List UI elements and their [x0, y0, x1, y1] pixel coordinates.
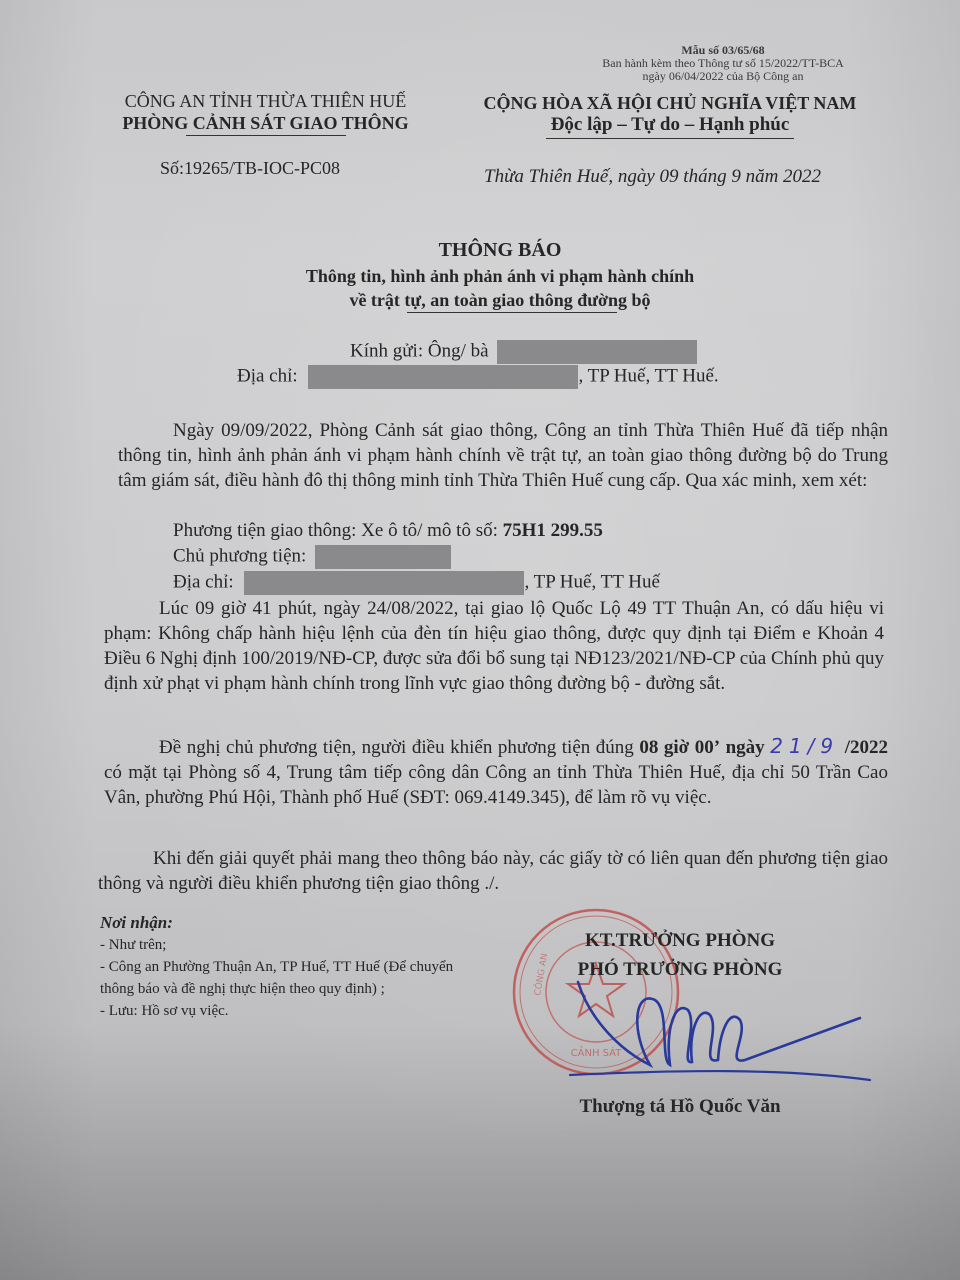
vehicle-label: Phương tiện giao thông: Xe ô tô/ mô tô s… [173, 520, 498, 541]
title-underline [407, 312, 617, 313]
recipient-greeting: Kính gửi: Ông/ bà [350, 340, 697, 364]
recipients-heading: Nơi nhận: [100, 912, 470, 934]
signature-icon [560, 970, 880, 1090]
request-rest: có mặt tại Phòng số 4, Trung tâm tiếp cô… [104, 762, 888, 808]
owner-address-suffix: , TP Huế, TT Huế [524, 571, 659, 592]
form-reference: Mẫu số 03/65/68 Ban hành kèm theo Thông … [548, 44, 898, 83]
agency-header: CÔNG AN TỈNH THỪA THIÊN HUẾ PHÒNG CẢNH S… [98, 90, 433, 136]
handwritten-date: 21/9 [770, 734, 839, 758]
owner-label: Chủ phương tiện: [173, 545, 306, 566]
signer-name: Thượng tá Hồ Quốc Văn [510, 1096, 850, 1118]
document-title: THÔNG BÁO Thông tin, hình ảnh phản ánh v… [200, 236, 800, 313]
owner-address-line: Địa chỉ: , TP Huế, TT Huế [173, 571, 660, 595]
form-issued-date: ngày 06/04/2022 của Bộ Công an [548, 70, 898, 83]
signature-title-line1: KT.TRƯỞNG PHÒNG [530, 926, 830, 955]
parent-agency: CÔNG AN TỈNH THỪA THIÊN HUẾ [98, 90, 433, 112]
redacted-owner-name [315, 545, 451, 569]
document-number: Số:19265/TB-IOC-PC08 [160, 158, 340, 179]
recipients-list: Nơi nhận: - Như trên; - Công an Phường T… [100, 912, 470, 1022]
owner-address-label: Địa chỉ: [173, 571, 234, 592]
title-subtitle-2: về trật tự, an toàn giao thông đường bộ [200, 288, 800, 312]
redacted-recipient-address [308, 365, 578, 389]
national-motto: Độc lập – Tự do – Hạnh phúc [450, 114, 890, 136]
vehicle-plate: 75H1 299.55 [503, 520, 603, 541]
redacted-recipient-name [497, 340, 697, 364]
title-subtitle-1: Thông tin, hình ảnh phản ánh vi phạm hàn… [200, 264, 800, 288]
request-start: Đề nghị chủ phương tiện, người điều khiể… [159, 737, 634, 758]
closing-paragraph: Khi đến giải quyết phải mang theo thông … [98, 846, 888, 896]
request-time: 08 giờ 00’ [639, 737, 720, 758]
motto-underline [546, 138, 794, 139]
violation-paragraph: Lúc 09 giờ 41 phút, ngày 24/08/2022, tại… [104, 596, 884, 696]
address-suffix: , TP Huế, TT Huế. [578, 365, 718, 386]
greeting-label: Kính gửi: Ông/ bà [350, 340, 489, 361]
request-year: /2022 [845, 737, 888, 758]
request-day-label: ngày [726, 737, 765, 758]
request-paragraph: Đề nghị chủ phương tiện, người điều khiể… [104, 734, 888, 810]
national-header: CỘNG HÒA XÃ HỘI CHỦ NGHĨA VIỆT NAM Độc l… [450, 92, 890, 139]
owner-line: Chủ phương tiện: [173, 545, 451, 569]
recipient-item: - Như trên; [100, 934, 470, 956]
place-date: Thừa Thiên Huế, ngày 09 tháng 9 năm 2022 [484, 166, 821, 188]
address-label: Địa chỉ: [237, 365, 298, 386]
department: PHÒNG CẢNH SÁT GIAO THÔNG [98, 112, 433, 134]
title-main: THÔNG BÁO [200, 236, 800, 264]
country-name: CỘNG HÒA XÃ HỘI CHỦ NGHĨA VIỆT NAM [450, 92, 890, 114]
recipient-item: - Công an Phường Thuận An, TP Huế, TT Hu… [100, 956, 470, 1000]
vehicle-line: Phương tiện giao thông: Xe ô tô/ mô tô s… [173, 520, 603, 542]
recipient-address: Địa chỉ: , TP Huế, TT Huế. [237, 365, 719, 389]
redacted-owner-address [244, 571, 524, 595]
recipient-item: - Lưu: Hồ sơ vụ việc. [100, 1000, 470, 1022]
department-underline [186, 135, 346, 136]
intro-paragraph: Ngày 09/09/2022, Phòng Cảnh sát giao thô… [118, 418, 888, 493]
